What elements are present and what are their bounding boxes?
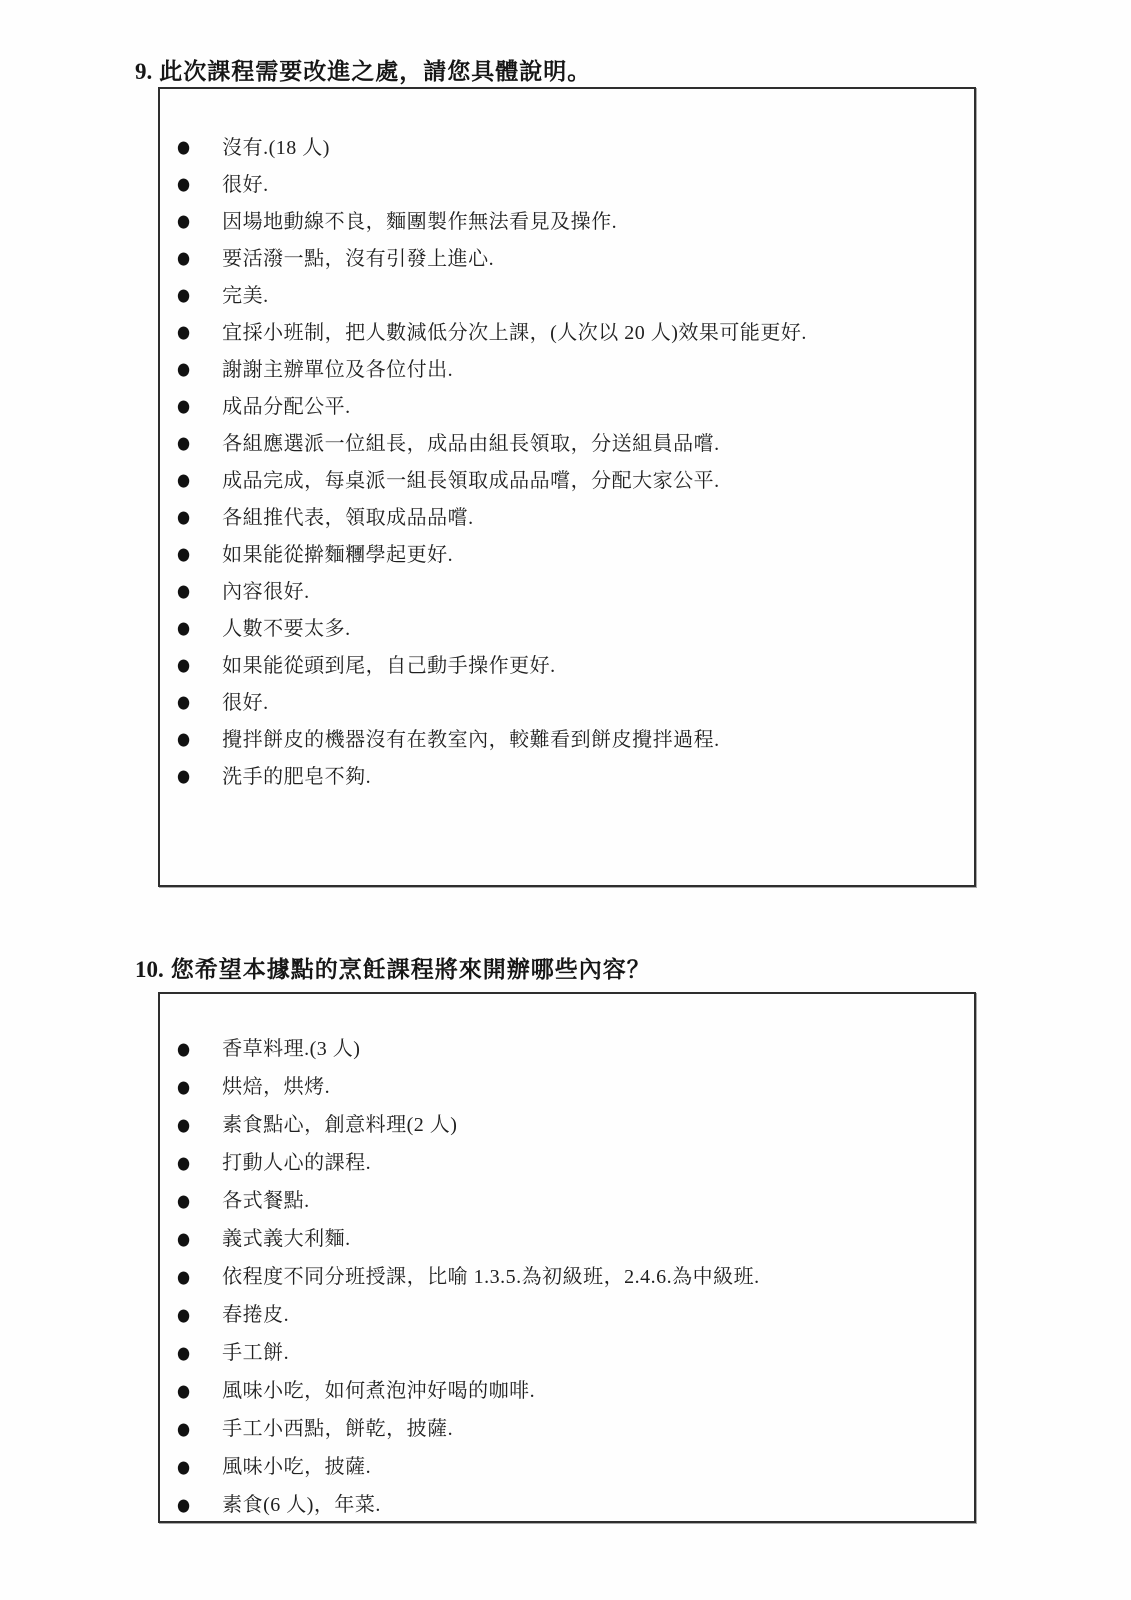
response-list-item: ● 攪拌餅皮的機器沒有在教室內，較難看到餅皮攪拌過程.	[160, 721, 974, 758]
bullet-dot-icon: ●	[177, 1154, 190, 1171]
bullet-dot-icon: ●	[177, 1382, 190, 1399]
bullet-dot-icon: ●	[177, 509, 190, 526]
question-10-heading: 10.您希望本據點的烹飪課程將來開辦哪些內容？	[135, 951, 651, 984]
bullet-dot-icon: ●	[177, 694, 190, 711]
response-text: 沒有.(18 人)	[222, 138, 330, 158]
response-text: 各式餐點.	[222, 1191, 310, 1211]
question-10-answer-box: ● 香草料理.(3 人) ● 烘焙，烘烤. ● 素食點心，創意料理(2 人) ●…	[158, 992, 976, 1523]
bullet-dot-icon: ●	[177, 731, 190, 748]
response-list-item: ● 手工小西點，餅乾，披薩.	[160, 1410, 974, 1448]
bullet-dot-icon: ●	[177, 287, 190, 304]
response-text: 要活潑一點，沒有引發上進心.	[222, 249, 494, 269]
question-10-title: 您希望本據點的烹飪課程將來開辦哪些內容？	[171, 957, 651, 982]
response-text: 素食(6 人)，年菜.	[222, 1495, 381, 1515]
response-list-item: ● 手工餅.	[160, 1334, 974, 1372]
response-list-item: ● 成品分配公平.	[160, 388, 974, 425]
response-list-item: ● 春捲皮.	[160, 1296, 974, 1334]
response-list-item: ● 依程度不同分班授課，比喻 1.3.5.為初級班，2.4.6.為中級班.	[160, 1258, 974, 1296]
bullet-dot-icon: ●	[177, 620, 190, 637]
response-text: 成品分配公平.	[222, 397, 351, 417]
response-text: 很好.	[222, 175, 269, 195]
bullet-dot-icon: ●	[177, 546, 190, 563]
bullet-dot-icon: ●	[177, 1344, 190, 1361]
response-text: 風味小吃，披薩.	[222, 1457, 371, 1477]
response-text: 烘焙，烘烤.	[222, 1077, 330, 1097]
response-list-item: ● 很好.	[160, 684, 974, 721]
response-list-item: ● 素食點心，創意料理(2 人)	[160, 1106, 974, 1144]
bullet-dot-icon: ●	[177, 176, 190, 193]
response-text: 風味小吃，如何煮泡沖好喝的咖啡.	[222, 1381, 535, 1401]
bullet-dot-icon: ●	[177, 1116, 190, 1133]
bullet-dot-icon: ●	[177, 1040, 190, 1057]
response-list-item: ● 香草料理.(3 人)	[160, 1030, 974, 1068]
bullet-dot-icon: ●	[177, 398, 190, 415]
question-9-answer-box: ● 沒有.(18 人) ● 很好. ● 因場地動線不良，麵團製作無法看見及操作.…	[158, 87, 976, 887]
bullet-dot-icon: ●	[177, 361, 190, 378]
bullet-dot-icon: ●	[177, 1192, 190, 1209]
response-text: 春捲皮.	[222, 1305, 289, 1325]
bullet-dot-icon: ●	[177, 1420, 190, 1437]
response-text: 打動人心的課程.	[222, 1153, 371, 1173]
response-list-item: ● 人數不要太多.	[160, 610, 974, 647]
response-text: 人數不要太多.	[222, 619, 351, 639]
response-text: 香草料理.(3 人)	[222, 1039, 360, 1059]
bullet-dot-icon: ●	[177, 472, 190, 489]
response-list-item: ● 打動人心的課程.	[160, 1144, 974, 1182]
response-text: 完美.	[222, 286, 269, 306]
bullet-dot-icon: ●	[177, 139, 190, 156]
bullet-dot-icon: ●	[177, 1496, 190, 1513]
response-list-item: ● 各式餐點.	[160, 1182, 974, 1220]
response-text: 各組推代表，領取成品品嚐.	[222, 508, 474, 528]
response-list-item: ● 內容很好.	[160, 573, 974, 610]
response-text: 內容很好.	[222, 582, 310, 602]
response-list-item: ● 各組推代表，領取成品品嚐.	[160, 499, 974, 536]
response-text: 手工餅.	[222, 1343, 289, 1363]
response-text: 宜採小班制，把人數減低分次上課，(人次以 20 人)效果可能更好.	[222, 323, 807, 343]
response-text: 如果能從頭到尾，自己動手操作更好.	[222, 656, 556, 676]
bullet-dot-icon: ●	[177, 1306, 190, 1323]
response-list-item: ● 如果能從擀麵糰學起更好.	[160, 536, 974, 573]
response-list-item: ● 宜採小班制，把人數減低分次上課，(人次以 20 人)效果可能更好.	[160, 314, 974, 351]
bullet-dot-icon: ●	[177, 768, 190, 785]
response-text: 因場地動線不良，麵團製作無法看見及操作.	[222, 212, 617, 232]
response-list-item: ● 要活潑一點，沒有引發上進心.	[160, 240, 974, 277]
response-text: 成品完成，每桌派一組長領取成品品嚐，分配大家公平.	[222, 471, 720, 491]
response-list-item: ● 洗手的肥皂不夠.	[160, 758, 974, 795]
question-10-response-list: ● 香草料理.(3 人) ● 烘焙，烘烤. ● 素食點心，創意料理(2 人) ●…	[160, 994, 974, 1524]
bullet-dot-icon: ●	[177, 657, 190, 674]
response-list-item: ● 如果能從頭到尾，自己動手操作更好.	[160, 647, 974, 684]
response-text: 義式義大利麵.	[222, 1229, 351, 1249]
response-list-item: ● 各組應選派一位組長，成品由組長領取，分送組員品嚐.	[160, 425, 974, 462]
bullet-dot-icon: ●	[177, 583, 190, 600]
response-list-item: ● 義式義大利麵.	[160, 1220, 974, 1258]
response-list-item: ● 因場地動線不良，麵團製作無法看見及操作.	[160, 203, 974, 240]
response-text: 手工小西點，餅乾，披薩.	[222, 1419, 453, 1439]
response-text: 依程度不同分班授課，比喻 1.3.5.為初級班，2.4.6.為中級班.	[222, 1267, 760, 1287]
response-list-item: ● 沒有.(18 人)	[160, 129, 974, 166]
question-9-number: 9.	[135, 59, 152, 84]
response-text: 很好.	[222, 693, 269, 713]
bullet-dot-icon: ●	[177, 324, 190, 341]
response-text: 如果能從擀麵糰學起更好.	[222, 545, 453, 565]
response-text: 謝謝主辦單位及各位付出.	[222, 360, 453, 380]
response-text: 各組應選派一位組長，成品由組長領取，分送組員品嚐.	[222, 434, 720, 454]
bullet-dot-icon: ●	[177, 250, 190, 267]
response-list-item: ● 風味小吃，如何煮泡沖好喝的咖啡.	[160, 1372, 974, 1410]
bullet-dot-icon: ●	[177, 1230, 190, 1247]
response-text: 攪拌餅皮的機器沒有在教室內，較難看到餅皮攪拌過程.	[222, 730, 720, 750]
response-list-item: ● 成品完成，每桌派一組長領取成品品嚐，分配大家公平.	[160, 462, 974, 499]
bullet-dot-icon: ●	[177, 213, 190, 230]
response-list-item: ● 素食(6 人)，年菜.	[160, 1486, 974, 1524]
response-list-item: ● 烘焙，烘烤.	[160, 1068, 974, 1106]
response-text: 素食點心，創意料理(2 人)	[222, 1115, 457, 1135]
question-9-title: 此次課程需要改進之處，請您具體說明。	[159, 59, 591, 84]
response-text: 洗手的肥皂不夠.	[222, 767, 371, 787]
question-9-response-list: ● 沒有.(18 人) ● 很好. ● 因場地動線不良，麵團製作無法看見及操作.…	[160, 89, 974, 795]
question-9-heading: 9.此次課程需要改進之處，請您具體說明。	[135, 53, 591, 86]
response-list-item: ● 謝謝主辦單位及各位付出.	[160, 351, 974, 388]
response-list-item: ● 完美.	[160, 277, 974, 314]
survey-document-page: 9.此次課程需要改進之處，請您具體說明。 ● 沒有.(18 人) ● 很好. ●…	[0, 0, 1131, 1600]
bullet-dot-icon: ●	[177, 1268, 190, 1285]
bullet-dot-icon: ●	[177, 435, 190, 452]
response-list-item: ● 風味小吃，披薩.	[160, 1448, 974, 1486]
question-10-number: 10.	[135, 957, 164, 982]
response-list-item: ● 很好.	[160, 166, 974, 203]
bullet-dot-icon: ●	[177, 1078, 190, 1095]
bullet-dot-icon: ●	[177, 1458, 190, 1475]
